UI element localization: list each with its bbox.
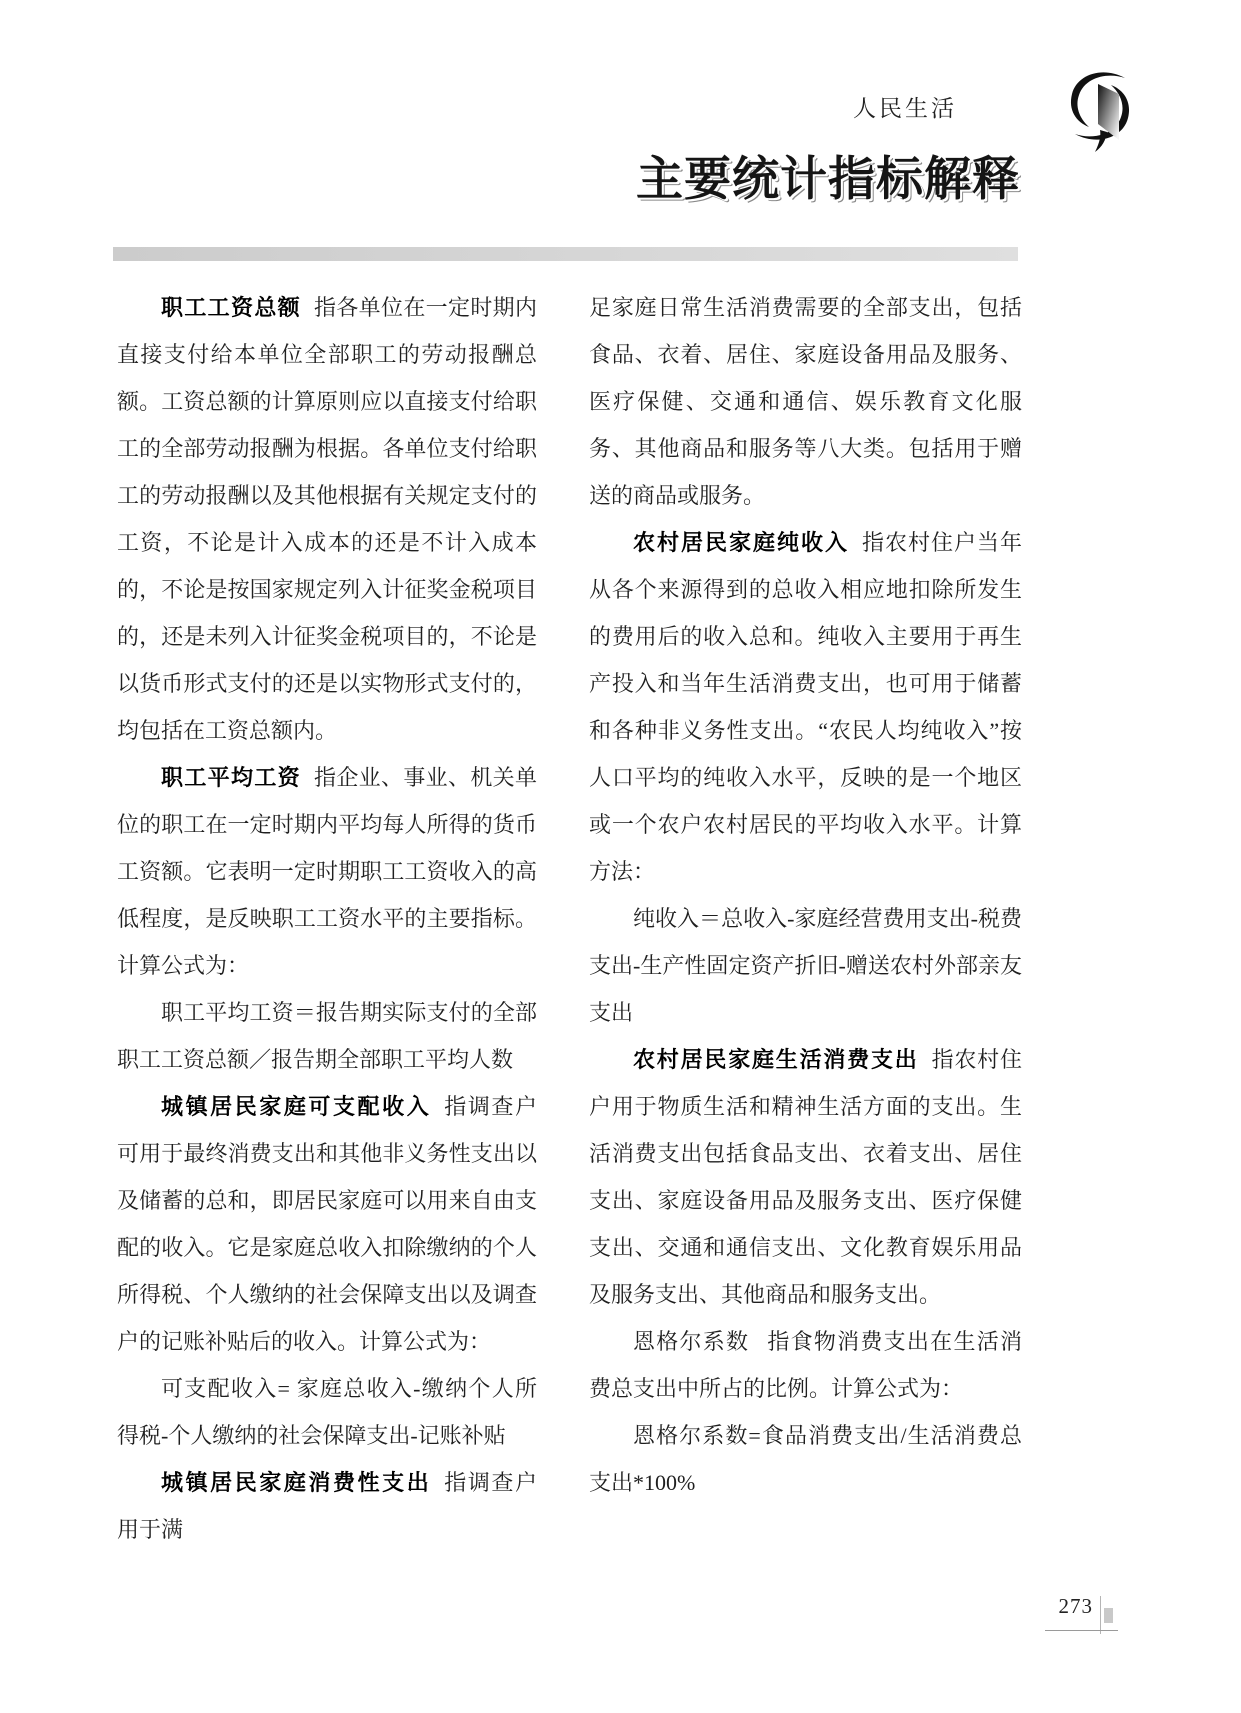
footer-vertical-rule	[1100, 1596, 1101, 1634]
formula-paragraph: 可支配收入= 家庭总收入-缴纳个人所得税-个人缴纳的社会保障支出-记账补贴	[117, 1365, 537, 1459]
definition-text: 指农村住户当年从各个来源得到的总收入相应地扣除所发生的费用后的收入总和。纯收入主…	[589, 530, 1022, 884]
definition-text: 指各单位在一定时期内直接支付给本单位全部职工的劳动报酬总额。工资总额的计算原则应…	[117, 295, 537, 743]
definition-text: 指企业、事业、机关单位的职工在一定时期内平均每人所得的货币工资额。它表明一定时期…	[117, 765, 537, 978]
definition-text: 指调查户可用于最终消费支出和其他非义务性支出以及储蓄的总和，即居民家庭可以用来自…	[117, 1094, 537, 1354]
swoosh-logo-icon	[1067, 64, 1133, 152]
definition-paragraph: 农村居民家庭生活消费支出指农村住户用于物质生活和精神生活方面的支出。生活消费支出…	[589, 1036, 1022, 1318]
document-page: 人民生活 主要统计指标解释 职工工资总额指各单位在一定时期内直接支付给本单位全部…	[0, 0, 1241, 1713]
formula-paragraph: 纯收入＝总收入-家庭经营费用支出-税费支出-生产性固定资产折旧-赠送农村外部亲友…	[589, 895, 1022, 1036]
term-label: 职工平均工资	[161, 765, 301, 790]
term-label: 农村居民家庭生活消费支出	[633, 1047, 919, 1072]
definition-paragraph: 城镇居民家庭可支配收入指调查户可用于最终消费支出和其他非义务性支出以及储蓄的总和…	[117, 1083, 537, 1365]
term-label: 城镇居民家庭消费性支出	[161, 1470, 431, 1495]
content-columns: 职工工资总额指各单位在一定时期内直接支付给本单位全部职工的劳动报酬总额。工资总额…	[117, 284, 1022, 1553]
definition-paragraph: 职工工资总额指各单位在一定时期内直接支付给本单位全部职工的劳动报酬总额。工资总额…	[117, 284, 537, 754]
page-title: 主要统计指标解释	[636, 142, 1020, 209]
title-divider-bar	[113, 247, 1018, 261]
page-number: 273	[1059, 1594, 1094, 1619]
formula-paragraph: 职工平均工资＝报告期实际支付的全部职工工资总额／报告期全部职工平均人数	[117, 989, 537, 1083]
continuation-paragraph: 足家庭日常生活消费需要的全部支出，包括食品、衣着、居住、家庭设备用品及服务、医疗…	[589, 284, 1022, 519]
definition-paragraph: 城镇居民家庭消费性支出指调查户用于满	[117, 1459, 537, 1553]
formula-paragraph: 恩格尔系数=食品消费支出/生活消费总支出*100%	[589, 1412, 1022, 1506]
definition-text: 指农村住户用于物质生活和精神生活方面的支出。生活消费支出包括食品支出、衣着支出、…	[589, 1047, 1022, 1307]
left-column: 职工工资总额指各单位在一定时期内直接支付给本单位全部职工的劳动报酬总额。工资总额…	[117, 284, 537, 1553]
definition-paragraph: 职工平均工资指企业、事业、机关单位的职工在一定时期内平均每人所得的货币工资额。它…	[117, 754, 537, 989]
definition-paragraph: 农村居民家庭纯收入指农村住户当年从各个来源得到的总收入相应地扣除所发生的费用后的…	[589, 519, 1022, 895]
term-label: 城镇居民家庭可支配收入	[161, 1094, 431, 1119]
term-label: 职工工资总额	[161, 295, 301, 320]
footer-horizontal-rule	[1045, 1630, 1118, 1631]
term-label: 农村居民家庭纯收入	[633, 530, 849, 555]
section-label: 人民生活	[853, 90, 957, 123]
definition-paragraph: 恩格尔系数指食物消费支出在生活消费总支出中所占的比例。计算公式为：	[589, 1318, 1022, 1412]
right-column: 足家庭日常生活消费需要的全部支出，包括食品、衣着、居住、家庭设备用品及服务、医疗…	[589, 284, 1022, 1553]
term-label: 恩格尔系数	[633, 1329, 749, 1354]
footer-gray-mark	[1104, 1608, 1113, 1623]
